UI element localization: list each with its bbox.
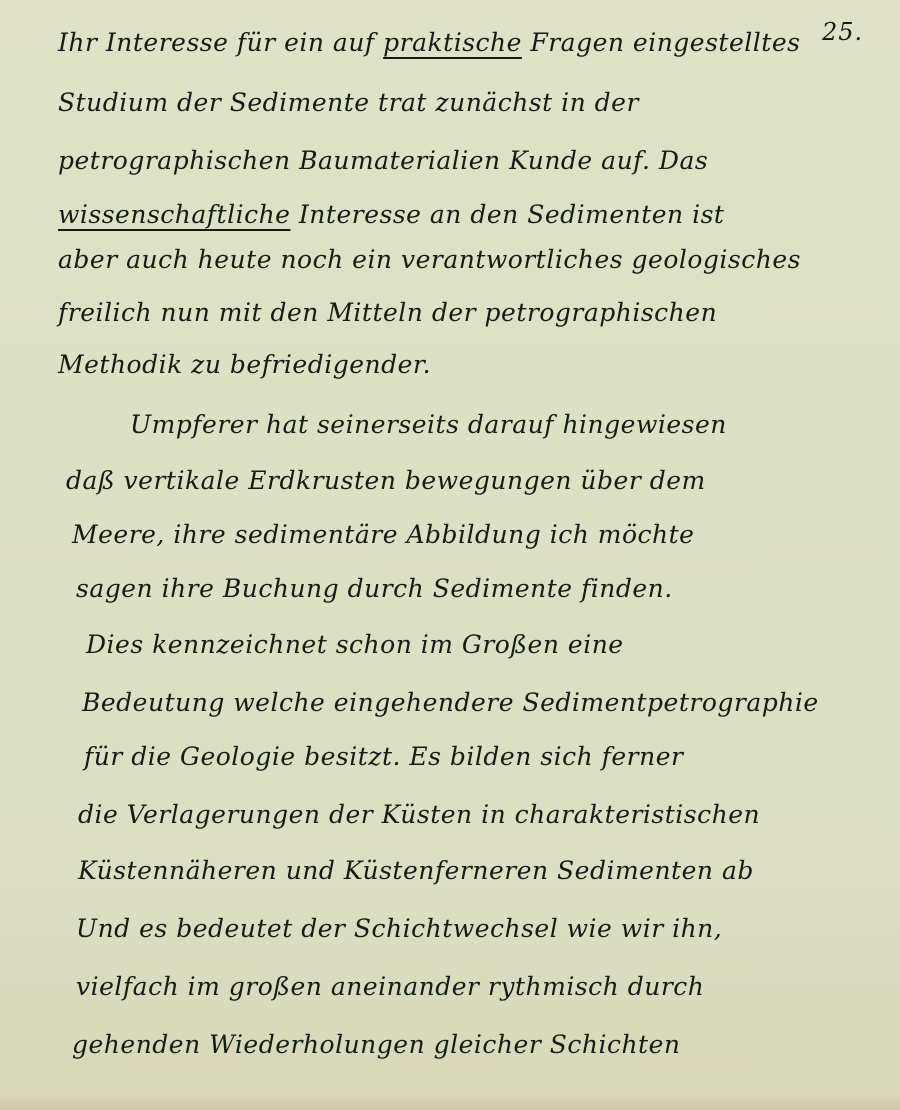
text-line-14: für die Geologie besitzt. Es bilden sich… [84,742,683,771]
text-line-1: Ihr Interesse für ein auf praktische Fra… [58,28,800,57]
text-line-8: Umpferer hat seinerseits darauf hingewie… [130,410,727,439]
text-line-10: Meere, ihre sedimentäre Abbildung ich mö… [72,520,694,549]
page-number: 25. [822,18,863,46]
text-line-19: gehenden Wiederholungen gleicher Schicht… [72,1030,681,1059]
manuscript-page: 25. Ihr Interesse für ein auf praktische… [0,0,900,1110]
underlined-word-praktische: praktische [383,28,522,57]
text-line-16: Küstennäheren und Küstenferneren Sedimen… [78,856,754,885]
text-line-18: vielfach im großen aneinander rythmisch … [76,972,704,1001]
text-line-6: freilich nun mit den Mitteln der petrogr… [58,298,717,327]
text-line-15: die Verlagerungen der Küsten in charakte… [78,800,760,829]
underlined-word-wissenschaftliche: wissenschaftliche [58,200,290,229]
line-1-part-a: Ihr Interesse für ein auf [58,28,383,57]
line-1-part-b: Fragen eingestelltes [522,28,801,57]
text-line-12: Dies kennzeichnet schon im Großen eine [86,630,624,659]
text-line-3: petrographischen Baumaterialien Kunde au… [58,146,708,175]
text-line-13: Bedeutung welche eingehendere Sedimentpe… [82,688,819,717]
line-4-part-b: Interesse an den Sedimenten ist [290,200,724,229]
text-line-11: sagen ihre Buchung durch Sedimente finde… [76,574,673,603]
text-line-17: Und es bedeutet der Schichtwechsel wie w… [76,914,722,943]
text-line-2: Studium der Sedimente trat zunächst in d… [58,88,639,117]
text-line-5: aber auch heute noch ein verantwortliche… [58,245,801,274]
text-line-4: wissenschaftliche Interesse an den Sedim… [58,200,724,229]
text-line-7: Methodik zu befriedigender. [58,350,431,379]
text-line-9: daß vertikale Erdkrusten bewegungen über… [66,466,706,495]
